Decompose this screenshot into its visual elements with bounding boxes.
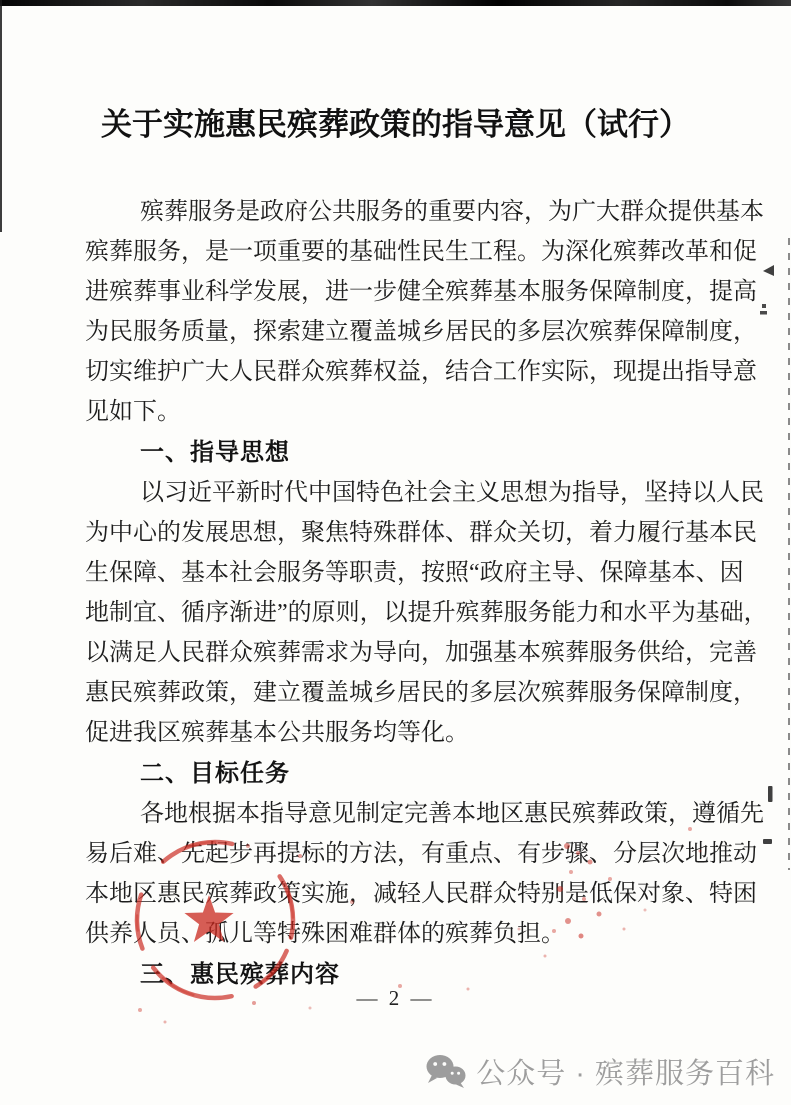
document-line: 生保障、基本社会服务等职责，按照“政府主导、保障基本、因 [85, 553, 705, 593]
scan-margin-marks [760, 265, 774, 844]
section-heading: 一、指导思想 [85, 432, 705, 473]
document-line: 以习近平新时代中国特色社会主义思想为指导，坚持以人民 [85, 473, 705, 513]
document-line: 切实维护广大人民群众殡葬权益，结合工作实际，现提出指导意 [85, 352, 705, 392]
document-line: 各地根据本指导意见制定完善本地区惠民殡葬政策，遵循先 [85, 794, 705, 834]
document-line: 为民服务质量，探索建立覆盖城乡居民的多层次殡葬保障制度， [85, 312, 705, 352]
document-line: 促进我区殡葬基本公共服务均等化。 [85, 713, 705, 753]
document-line: 殡葬服务，是一项重要的基础性民生工程。为深化殡葬改革和促 [85, 232, 705, 272]
page-number: — 2 — [0, 986, 791, 1011]
document-line: 地制宜、循序渐进”的原则，以提升殡葬服务能力和水平为基础， [85, 593, 705, 633]
document-body: 殡葬服务是政府公共服务的重要内容，为广大群众提供基本殡葬服务，是一项重要的基础性… [85, 192, 705, 995]
document-line: 殡葬服务是政府公共服务的重要内容，为广大群众提供基本 [85, 192, 705, 232]
document-line: 为中心的发展思想，聚焦特殊群体、群众关切，着力履行基本民 [85, 513, 705, 553]
watermark-footer: 公众号 · 殡葬服务百科 [425, 1051, 775, 1092]
document-line: 以满足人民群众殡葬需求为导向，加强基本殡葬服务供给，完善 [85, 633, 705, 673]
document-line: 惠民殡葬政策，建立覆盖城乡居民的多层次殡葬服务保障制度， [85, 673, 705, 713]
section-heading: 二、目标任务 [85, 753, 705, 794]
wechat-account-label: 公众号 · 殡葬服务百科 [476, 1051, 775, 1092]
document-line: 供养人员、孤儿等特殊困难群体的殡葬负担。 [85, 914, 705, 954]
document-line: 易后难、先起步再提标的方法，有重点、有步骤、分层次地推动 [85, 834, 705, 874]
scan-edge-right-dashes [788, 238, 790, 870]
document-page: 关于实施惠民殡葬政策的指导意见（试行） 殡葬服务是政府公共服务的重要内容，为广大… [0, 0, 791, 1105]
document-line: 见如下。 [85, 392, 705, 432]
document-line: 本地区惠民殡葬政策实施，减轻人民群众特别是低保对象、特困 [85, 874, 705, 914]
document-line: 进殡葬事业科学发展，进一步健全殡葬基本服务保障制度，提高 [85, 272, 705, 312]
scan-edge-top [0, 0, 791, 6]
document-title: 关于实施惠民殡葬政策的指导意见（试行） [0, 98, 791, 152]
wechat-icon [425, 1054, 467, 1090]
